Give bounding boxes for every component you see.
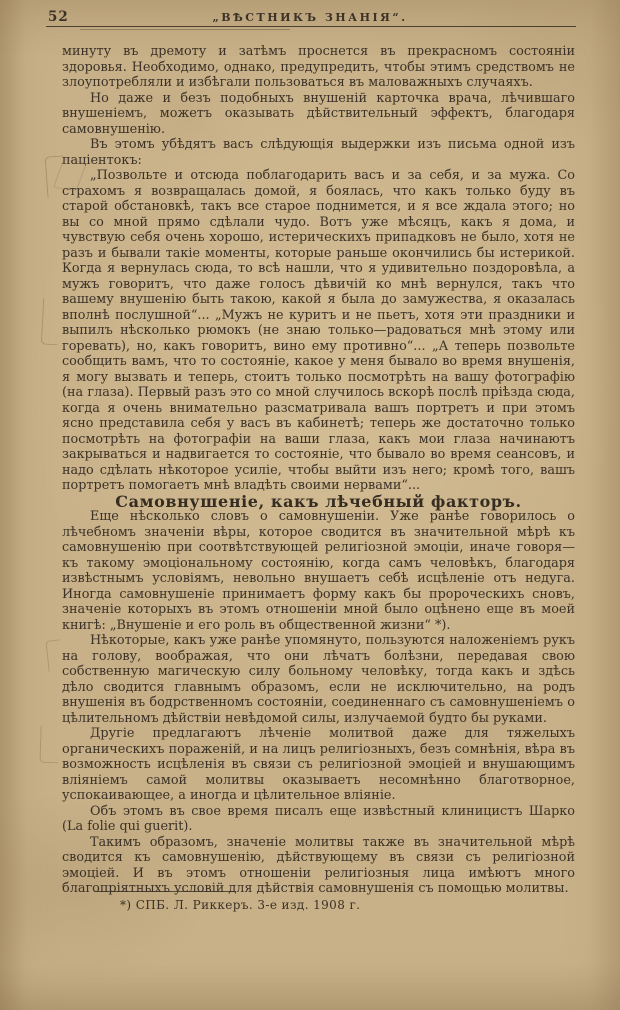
pencil-mark [39,726,59,764]
page-body: минуту въ дремоту и затѣмъ проснется въ … [62,44,575,897]
page-header: 52 „ВѢСТНИКЪ ЗНАНІЯ“. [0,9,620,27]
paragraph: Въ этомъ убѣдятъ васъ слѣдующія выдержки… [62,137,575,168]
footnote-area: *) СПБ. Л. Риккеръ. 3-е изд. 1908 г. [62,891,575,912]
footnote: *) СПБ. Л. Риккеръ. 3-е изд. 1908 г. [120,898,575,912]
book-page: 52 „ВѢСТНИКЪ ЗНАНІЯ“. минуту въ дремоту … [0,0,620,1010]
paragraph: Нѣкоторые, какъ уже ранѣе упомянуто, пол… [62,633,575,726]
paragraph-continuation: минуту въ дремоту и затѣмъ проснется въ … [62,44,575,91]
paragraph: Другіе предлагаютъ лѣченіе молитвой даже… [62,726,575,804]
journal-title: „ВѢСТНИКЪ ЗНАНІЯ“. [0,11,620,24]
pencil-mark [45,639,63,671]
footnote-rule [94,891,236,892]
paragraph: Объ этомъ въ свое время писалъ еще извѣс… [62,804,575,835]
section-heading: Самовнушеніе, какъ лѣчебный факторъ. [62,494,575,510]
header-rule [46,26,576,27]
paragraph: Такимъ образомъ, значеніе молитвы также … [62,835,575,897]
paragraph: Но даже и безъ подобныхъ внушеній карточ… [62,91,575,138]
paragraph: Еще нѣсколько словъ о самовнушеніи. Уже … [62,509,575,633]
paragraph-patient-letter-quote: „Позвольте и отсюда поблагодарить васъ и… [62,168,575,494]
header-rule-artifact [80,29,290,30]
pencil-mark [41,298,60,346]
